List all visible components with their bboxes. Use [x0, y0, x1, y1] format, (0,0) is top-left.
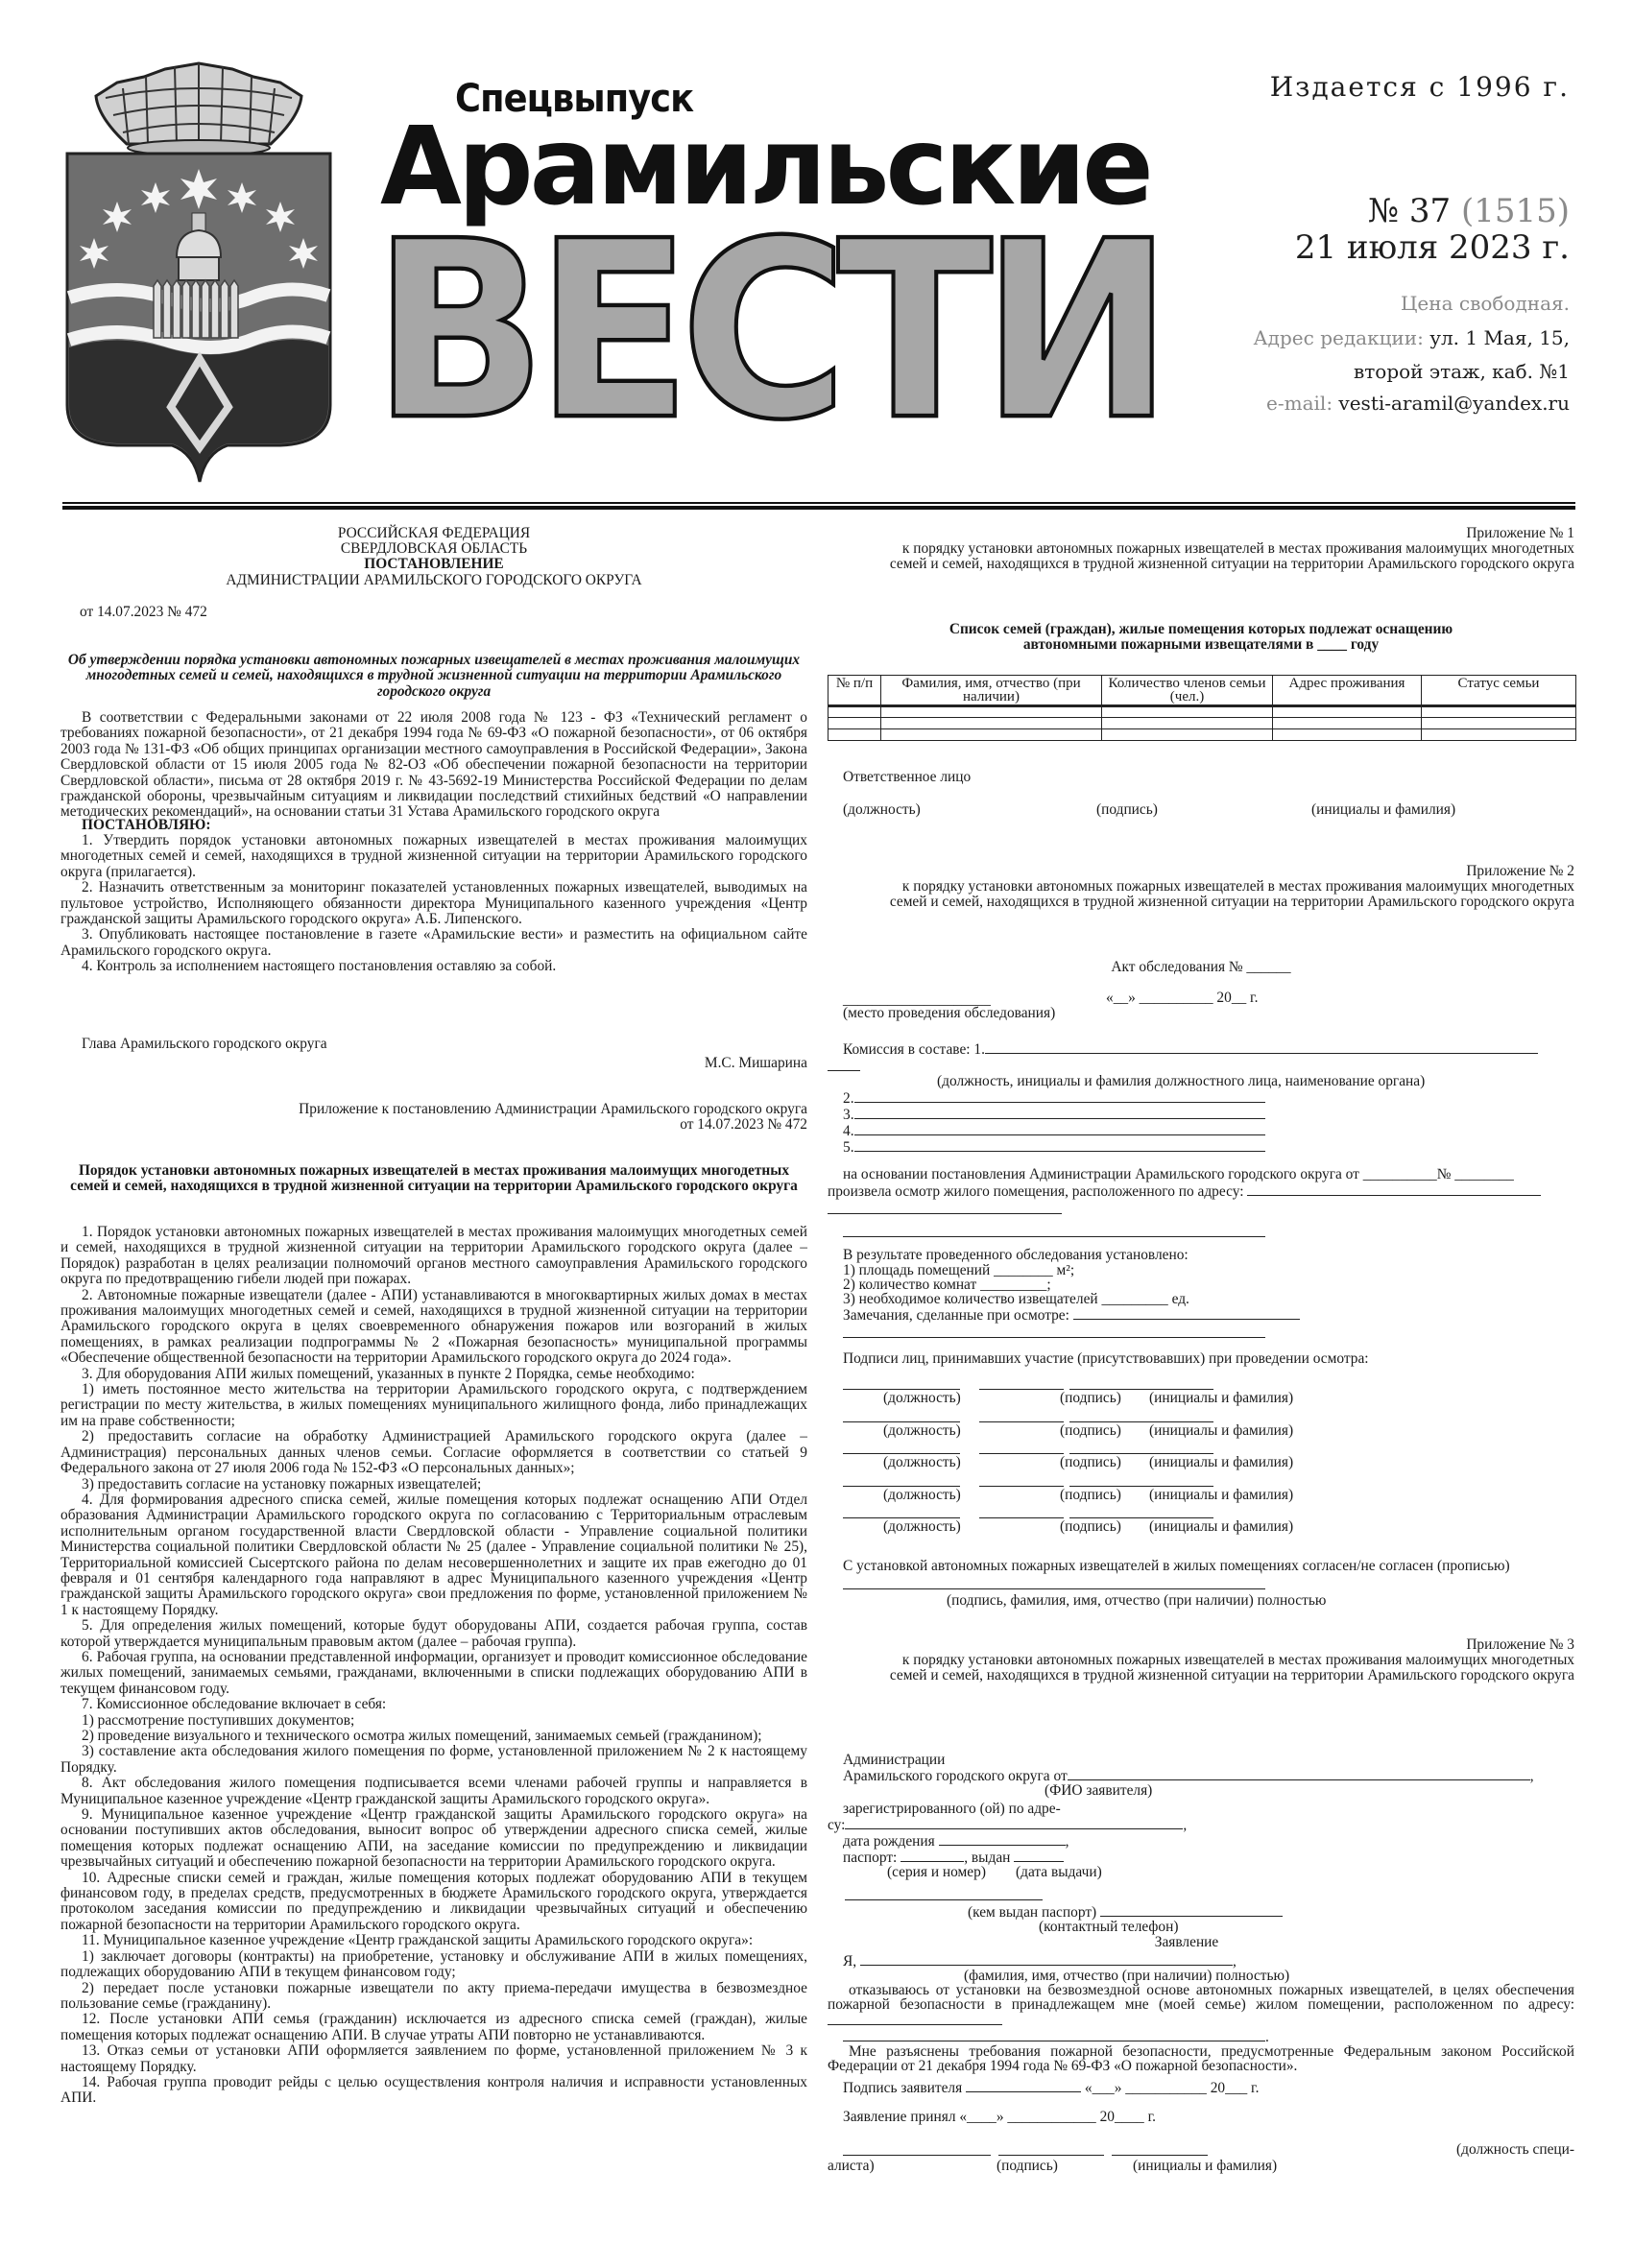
- name-field[interactable]: [1069, 1473, 1213, 1487]
- procedure-paragraph: 2) проведение визуального и технического…: [60, 1729, 807, 1744]
- remarks-label: Замечания, сделанные при осмотре:: [843, 1307, 1069, 1324]
- header-country: РОССИЙСКАЯ ФЕДЕРАЦИЯ: [60, 526, 807, 541]
- inspection-results: В результате проведенного обследования у…: [828, 1248, 1574, 1342]
- specialist-position-field[interactable]: [843, 2142, 991, 2156]
- signature-field[interactable]: [979, 1505, 1064, 1518]
- position-field[interactable]: [843, 1376, 960, 1390]
- to-line1: Администрации: [828, 1753, 1574, 1767]
- commission-member-1-field[interactable]: [985, 1040, 1538, 1054]
- decree-item: 1. Утвердить порядок установки автономны…: [60, 833, 807, 880]
- consent-caption: (подпись, фамилия, имя, отчество (при на…: [843, 1593, 1574, 1609]
- specialist-signature-field[interactable]: [998, 2142, 1104, 2156]
- table-cell[interactable]: [1102, 729, 1273, 741]
- procedure-paragraph: 11. Муниципальное казенное учреждение «Ц…: [60, 1933, 807, 1948]
- fio-caption: (ФИО заявителя): [828, 1783, 1574, 1798]
- caption-position: (должность): [883, 1519, 961, 1535]
- table-cell[interactable]: [1273, 729, 1422, 741]
- header-doc-type: ПОСТАНОВЛЕНИЕ: [60, 557, 807, 572]
- email: e-mail: vesti-aramil@yandex.ru: [1266, 392, 1570, 415]
- procedure-body: 1. Порядок установки автономных пожарных…: [60, 1225, 807, 2107]
- commission-block: Комиссия в составе: 1. (должность, иници…: [828, 1040, 1574, 1155]
- statement-body: Я, , (фамилия, имя, отчество (при наличи…: [828, 1952, 1574, 2073]
- commission-label: Комиссия в составе: 1.: [843, 1041, 985, 1058]
- applicant-signature-field[interactable]: [966, 2079, 1081, 2092]
- procedure-paragraph: 2) предоставить согласие на обработку Ад…: [60, 1429, 807, 1476]
- caption-name: (инициалы и фамилия): [1149, 1391, 1293, 1406]
- signature-field[interactable]: [979, 1473, 1064, 1487]
- commission-number: 5.: [843, 1139, 854, 1156]
- issue-number: № 37 (1515): [1368, 192, 1570, 230]
- issued-by-field[interactable]: [845, 1887, 1043, 1900]
- consent-signature: (подпись, фамилия, имя, отчество (при на…: [828, 1576, 1574, 1610]
- name-field[interactable]: [1069, 1376, 1213, 1390]
- act-date[interactable]: «__» __________ 20__ г.: [1106, 991, 1258, 1006]
- email-link[interactable]: vesti-aramil@yandex.ru: [1338, 392, 1570, 415]
- full-name-field[interactable]: [860, 1952, 1233, 1966]
- table-cell[interactable]: [829, 718, 881, 729]
- table-row: [829, 706, 1576, 718]
- specialist-name-caption: (инициалы и фамилия): [1133, 2159, 1277, 2174]
- commission-number: 3.: [843, 1107, 854, 1123]
- issue-date-caption: (дата выдачи): [1016, 1865, 1102, 1879]
- decree-word: ПОСТАНОВЛЯЮ:: [60, 818, 807, 833]
- refusal-address-field-cont[interactable]: [843, 2028, 1265, 2041]
- table-cell[interactable]: [1422, 729, 1576, 741]
- specialist-position-caption: (должность специ-: [1456, 2142, 1574, 2158]
- address-value: ул. 1 Мая, 15,: [1429, 326, 1570, 349]
- name-field[interactable]: [1069, 1441, 1213, 1454]
- signature-field[interactable]: [979, 1376, 1064, 1390]
- refusal-text: отказываюсь от установки на безвозмездно…: [828, 1982, 1574, 2013]
- caption-name: (инициалы и фамилия): [1149, 1455, 1293, 1470]
- procedure-paragraph: 2. Автономные пожарные извещатели (далее…: [60, 1288, 807, 1367]
- application-header: Администрации Арамильского городского ок…: [828, 1753, 1574, 1934]
- responsible-person-label: Ответственное лицо: [828, 770, 1574, 785]
- i-label: Я,: [843, 1953, 856, 1970]
- table-header-row: № п/п Фамилия, имя, отчество (при наличи…: [829, 676, 1576, 706]
- address-line2: второй этаж, каб. №1: [1354, 360, 1570, 383]
- published-since: Издается с 1996 г.: [1270, 71, 1570, 103]
- birth-date-label: дата рождения: [843, 1833, 935, 1850]
- result-area: 1) площадь помещений ________ м²;: [843, 1263, 1574, 1277]
- email-label: e-mail:: [1266, 392, 1333, 415]
- explained-text: Мне разъяснены требования пожарной безоп…: [828, 2044, 1574, 2073]
- coat-of-arms-icon: [60, 60, 338, 491]
- caption-signature: (подпись): [1060, 1488, 1121, 1503]
- procedure-paragraph: 8. Акт обследования жилого помещения под…: [60, 1776, 807, 1807]
- header-divider-thin: [62, 502, 1575, 504]
- signature-row: (должность)(подпись)(инициалы и фамилия): [828, 1376, 1574, 1409]
- appendix-reference-line2: от 14.07.2023 № 472: [60, 1117, 807, 1133]
- procedure-paragraph: 1) рассмотрение поступивших документов;: [60, 1713, 807, 1729]
- phone-caption: (контактный телефон): [828, 1920, 1574, 1934]
- birth-date-field[interactable]: [939, 1832, 1066, 1846]
- appendix2-reference: к порядку установки автономных пожарных …: [828, 879, 1574, 911]
- column-header: Адрес проживания: [1273, 676, 1422, 706]
- procedure-paragraph: 1) иметь постоянное место жительства на …: [60, 1382, 807, 1429]
- applicant-signature-row: Подпись заявителя «___» ___________ 20__…: [828, 2079, 1574, 2096]
- appendix1-title: Список семей (граждан), жилые помещения …: [828, 622, 1574, 654]
- appendix2-label: Приложение № 2: [828, 864, 1574, 879]
- table-cell[interactable]: [1102, 706, 1273, 718]
- procedure-paragraph: 4. Для формирования адресного списка сем…: [60, 1492, 807, 1618]
- table-cell[interactable]: [1422, 718, 1576, 729]
- full-name-caption: (фамилия, имя, отчество (при наличии) по…: [828, 1969, 1574, 1983]
- appendix1-title-line1: Список семей (граждан), жилые помещения …: [828, 622, 1574, 637]
- header-divider-thick: [62, 506, 1575, 510]
- header-authority: АДМИНИСТРАЦИИ АРАМИЛЬСКОГО ГОРОДСКОГО ОК…: [60, 573, 807, 588]
- procedure-paragraph: 6. Рабочая группа, на основании представ…: [60, 1650, 807, 1697]
- procedure-paragraph: 7. Комиссионное обследование включает в …: [60, 1697, 807, 1712]
- appendix3-reference: к порядку установки автономных пожарных …: [828, 1653, 1574, 1684]
- procedure-title: Порядок установки автономных пожарных из…: [60, 1163, 807, 1195]
- column-header: № п/п: [829, 676, 881, 706]
- results-title: В результате проведенного обследования у…: [843, 1248, 1574, 1263]
- remarks-field[interactable]: [1073, 1306, 1300, 1320]
- position-field[interactable]: [843, 1473, 960, 1487]
- procedure-paragraph: 3) составление акта обследования жилого …: [60, 1744, 807, 1776]
- signature-rows: (должность)(подпись)(инициалы и фамилия)…: [828, 1376, 1574, 1538]
- table-cell[interactable]: [829, 706, 881, 718]
- newspaper-title-line2: ВЕСТИ: [372, 227, 1162, 438]
- procedure-paragraph: 14. Рабочая группа проводит рейды с цель…: [60, 2075, 807, 2107]
- applicant-date-field[interactable]: «___» ___________ 20___ г.: [1085, 2080, 1260, 2096]
- procedure-paragraph: 2) передает после установки пожарные изв…: [60, 1981, 807, 2013]
- position-field[interactable]: [843, 1441, 960, 1454]
- column-header: Количество членов семьи (чел.): [1102, 676, 1273, 706]
- applicant-signature-label: Подпись заявителя: [843, 2080, 962, 2096]
- procedure-paragraph: 1. Порядок установки автономных пожарных…: [60, 1225, 807, 1288]
- caption-name: (инициалы и фамилия): [1149, 1488, 1293, 1503]
- appendix1-label: Приложение № 1: [828, 526, 1574, 541]
- series-caption: (серия и номер): [887, 1865, 986, 1879]
- act-date-place: ____________________ «__» __________ 20_…: [828, 992, 1574, 1027]
- signature-title: Глава Арамильского городского округа: [60, 1037, 807, 1052]
- issue-date: 21 июля 2023 г.: [1295, 228, 1570, 267]
- table-cell[interactable]: [881, 718, 1102, 729]
- table-row: [829, 729, 1576, 741]
- caption-name: (инициалы и фамилия): [1311, 802, 1455, 818]
- table-row: [829, 718, 1576, 729]
- commission-caption: (должность, инициалы и фамилия должностн…: [828, 1074, 1574, 1089]
- appendix1-reference: к порядку установки автономных пожарных …: [828, 541, 1574, 573]
- consent-signature-field[interactable]: [843, 1576, 1265, 1589]
- position-field[interactable]: [843, 1409, 960, 1422]
- responsible-signature-captions: (должность) (подпись) (инициалы и фамили…: [828, 802, 1574, 820]
- commission-member-field[interactable]: [854, 1106, 1265, 1119]
- resolution-header: РОССИЙСКАЯ ФЕДЕРАЦИЯ СВЕРДЛОВСКАЯ ОБЛАСТ…: [60, 526, 807, 588]
- to-line2: Арамильского городского округа от: [843, 1768, 1068, 1784]
- specialist-position-caption-cont: алиста): [828, 2159, 875, 2174]
- table-cell[interactable]: [829, 729, 881, 741]
- column-header: Статус семьи: [1422, 676, 1576, 706]
- address-field[interactable]: [1247, 1182, 1541, 1196]
- table-cell[interactable]: [881, 729, 1102, 741]
- commission-number: 2.: [843, 1090, 854, 1107]
- specialist-name-field[interactable]: [1112, 2142, 1208, 2156]
- caption-position: (должность): [883, 1488, 961, 1503]
- issue-number-value: № 37: [1368, 192, 1451, 230]
- table-cell[interactable]: [1273, 718, 1422, 729]
- caption-name: (инициалы и фамилия): [1149, 1423, 1293, 1439]
- commission-member-field[interactable]: [854, 1122, 1265, 1135]
- name-field[interactable]: [1069, 1409, 1213, 1422]
- basis-line1: на основании постановления Администрации…: [828, 1167, 1574, 1182]
- procedure-paragraph: 10. Адресные списки семей и граждан, жил…: [60, 1871, 807, 1934]
- result-rooms: 2) количество комнат _________;: [843, 1277, 1574, 1292]
- caption-signature: (подпись): [1060, 1423, 1121, 1439]
- appendix1-title-line2: автономными пожарными извещателями в ___…: [828, 637, 1574, 653]
- consent-statement: С установкой автономных пожарных извещат…: [828, 1559, 1574, 1574]
- applicant-fio-field[interactable]: [1068, 1767, 1530, 1780]
- commission-member-field[interactable]: [854, 1138, 1265, 1152]
- caption-position: (должность): [883, 1423, 961, 1439]
- registration-address-field[interactable]: [845, 1816, 1183, 1829]
- resolution-preamble: В соответствии с Федеральными законами о…: [60, 710, 807, 821]
- name-field[interactable]: [1069, 1505, 1213, 1518]
- refusal-address-field[interactable]: [828, 2012, 1002, 2025]
- decree-item: 4. Контроль за исполнением настоящего по…: [60, 959, 807, 974]
- table-cell[interactable]: [881, 706, 1102, 718]
- table-cell[interactable]: [1422, 706, 1576, 718]
- statement-title: Заявление: [828, 1935, 1574, 1950]
- caption-signature: (подпись): [1060, 1455, 1121, 1470]
- caption-position: (должность): [883, 1391, 961, 1406]
- families-table: № п/п Фамилия, имя, отчество (при наличи…: [828, 675, 1576, 741]
- basis-line2: произвела осмотр жилого помещения, распо…: [828, 1183, 1244, 1200]
- signature-name: М.С. Мишарина: [60, 1056, 807, 1071]
- registered-line1: зарегистрированного (ой) по адре-: [828, 1802, 1574, 1816]
- appendix3-label: Приложение № 3: [828, 1637, 1574, 1653]
- resolution-date-number: от 14.07.2023 № 472: [60, 605, 807, 620]
- inspection-basis: на основании постановления Администрации…: [828, 1167, 1574, 1242]
- procedure-paragraph: 3) предоставить согласие на установку по…: [60, 1477, 807, 1492]
- accepted-row[interactable]: Заявление принял «____» ____________ 20_…: [828, 2110, 1574, 2125]
- commission-number: 4.: [843, 1123, 854, 1139]
- passport-date-field[interactable]: [1014, 1849, 1064, 1862]
- resolution-title: Об утверждении порядка установки автоном…: [60, 653, 807, 700]
- decree-items: 1. Утвердить порядок установки автономны…: [60, 833, 807, 975]
- decree-item: 3. Опубликовать настоящее постановление …: [60, 927, 807, 959]
- address-label: Адрес редакции:: [1254, 326, 1424, 349]
- specialist-signature: (должность специ- алиста) (подпись) (ини…: [828, 2142, 1574, 2181]
- procedure-paragraph: 1) заключает договоры (контракты) на при…: [60, 1949, 807, 1981]
- table-cell[interactable]: [1102, 718, 1273, 729]
- passport-number-field[interactable]: [901, 1849, 964, 1862]
- price: Цена свободная.: [1401, 292, 1570, 315]
- signature-row: (должность)(подпись)(инициалы и фамилия): [828, 1409, 1574, 1442]
- editorial-address: Адрес редакции: ул. 1 Мая, 15,: [1254, 326, 1570, 349]
- commission-member-field[interactable]: [854, 1089, 1265, 1103]
- caption-position: (должность): [843, 802, 921, 818]
- issue-total: (1515): [1461, 192, 1570, 230]
- procedure-paragraph: 5. Для определения жилых помещений, кото…: [60, 1618, 807, 1650]
- specialist-signature-caption: (подпись): [997, 2159, 1058, 2174]
- remarks-field-cont[interactable]: [843, 1325, 1265, 1338]
- procedure-paragraph: 12. После установки АПИ семья (гражданин…: [60, 2012, 807, 2043]
- header-region: СВЕРДЛОВСКАЯ ОБЛАСТЬ: [60, 541, 807, 557]
- caption-signature: (подпись): [1060, 1519, 1121, 1535]
- act-title: Акт обследования № ______: [828, 960, 1574, 975]
- signature-field[interactable]: [979, 1441, 1064, 1454]
- procedure-paragraph: 13. Отказ семьи от установки АПИ оформля…: [60, 2043, 807, 2075]
- phone-field[interactable]: [1100, 1903, 1283, 1917]
- column-header: Фамилия, имя, отчество (при наличии): [881, 676, 1102, 706]
- caption-name: (инициалы и фамилия): [1149, 1519, 1293, 1535]
- commission-member-1-overflow[interactable]: [828, 1058, 860, 1071]
- result-detectors: 3) необходимое количество извещателей __…: [843, 1292, 1574, 1306]
- signature-row: (должность)(подпись)(инициалы и фамилия): [828, 1505, 1574, 1538]
- place-caption: (место проведения обследования): [843, 1006, 1055, 1021]
- decree-item: 2. Назначить ответственным за мониторинг…: [60, 880, 807, 927]
- caption-signature: (подпись): [1096, 802, 1158, 818]
- signature-field[interactable]: [979, 1409, 1064, 1422]
- procedure-paragraph: 3. Для оборудования АПИ жилых помещений,…: [60, 1367, 807, 1382]
- caption-position: (должность): [883, 1455, 961, 1470]
- position-field[interactable]: [843, 1505, 960, 1518]
- appendix-reference-line1: Приложение к постановлению Администрации…: [60, 1102, 807, 1117]
- masthead: Спецвыпуск Арамильские ВЕСТИ Издается с …: [0, 0, 1633, 499]
- procedure-paragraph: 9. Муниципальное казенное учреждение «Це…: [60, 1807, 807, 1871]
- address-field-extra[interactable]: [843, 1224, 1265, 1237]
- appendix-reference: Приложение к постановлению Администрации…: [60, 1102, 807, 1134]
- signature-row: (должность)(подпись)(инициалы и фамилия): [828, 1441, 1574, 1473]
- address-field-cont[interactable]: [828, 1201, 1062, 1214]
- registered-line2: су:: [828, 1817, 845, 1833]
- table-cell[interactable]: [1273, 706, 1422, 718]
- signatures-title: Подписи лиц, принимавших участие (присут…: [828, 1351, 1574, 1367]
- signature-row: (должность)(подпись)(инициалы и фамилия): [828, 1473, 1574, 1506]
- caption-signature: (подпись): [1060, 1391, 1121, 1406]
